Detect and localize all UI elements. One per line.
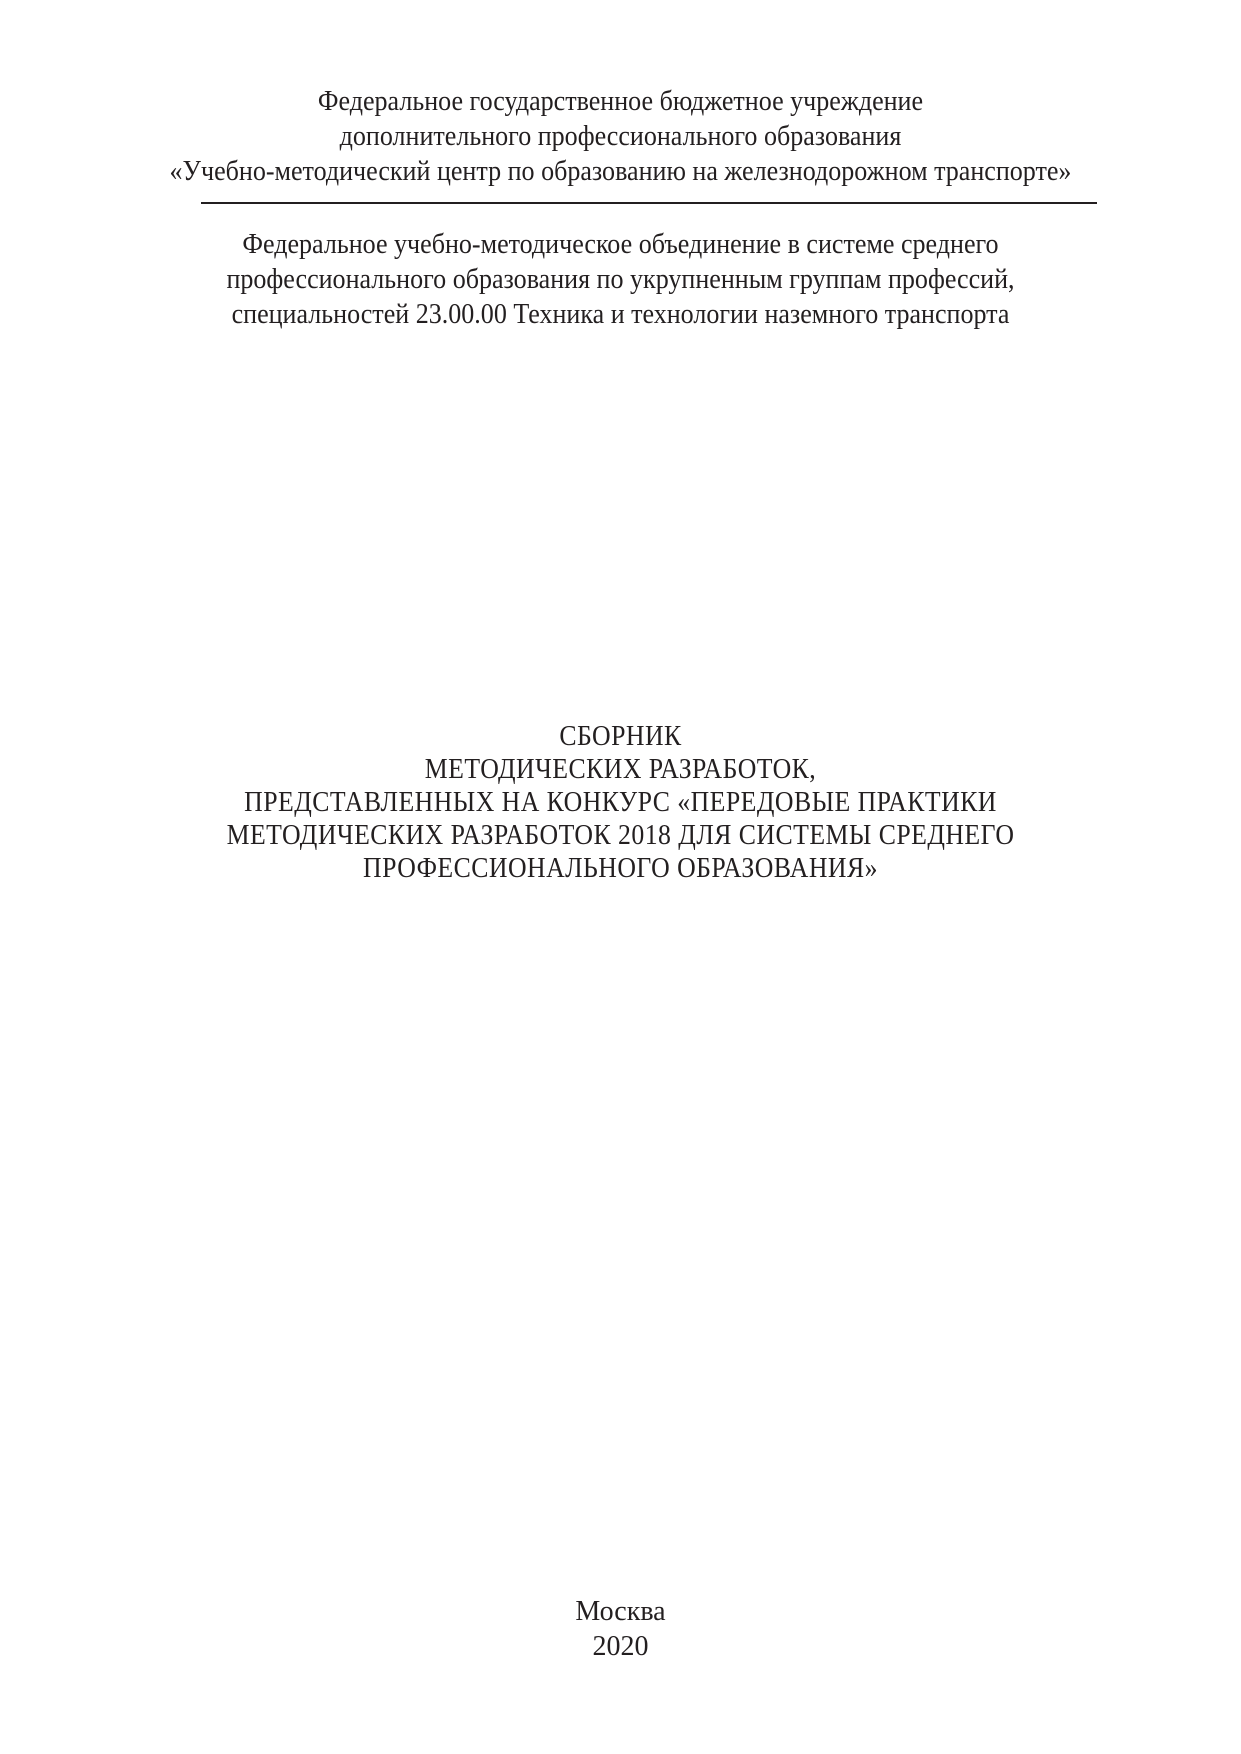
document-title: СБОРНИК МЕТОДИЧЕСКИХ РАЗРАБОТОК, ПРЕДСТА… xyxy=(50,720,1192,885)
title-line-2: МЕТОДИЧЕСКИХ РАЗРАБОТОК, xyxy=(50,753,1192,786)
title-line-5: ПРОФЕССИОНАЛЬНОГО ОБРАЗОВАНИЯ» xyxy=(50,852,1192,885)
publication-city: Москва xyxy=(0,1594,1241,1629)
organization-line-1: Федеральное государственное бюджетное уч… xyxy=(43,84,1197,119)
publisher-organization: Федеральное государственное бюджетное уч… xyxy=(43,84,1197,189)
imprint: Москва 2020 xyxy=(0,1594,1241,1664)
header-divider xyxy=(201,202,1097,204)
association-line-1: Федеральное учебно-методическое объедине… xyxy=(43,227,1197,262)
educational-association: Федеральное учебно-методическое объедине… xyxy=(43,227,1197,332)
organization-line-3: «Учебно-методический центр по образовани… xyxy=(43,154,1197,189)
title-line-4: МЕТОДИЧЕСКИХ РАЗРАБОТОК 2018 ДЛЯ СИСТЕМЫ… xyxy=(50,819,1192,852)
title-line-1: СБОРНИК xyxy=(50,720,1192,753)
publication-year: 2020 xyxy=(0,1629,1241,1664)
association-line-2: профессионального образования по укрупне… xyxy=(43,262,1197,297)
organization-line-2: дополнительного профессионального образо… xyxy=(43,119,1197,154)
title-line-3: ПРЕДСТАВЛЕННЫХ НА КОНКУРС «ПЕРЕДОВЫЕ ПРА… xyxy=(50,786,1192,819)
association-line-3: специальностей 23.00.00 Техника и технол… xyxy=(43,297,1197,332)
